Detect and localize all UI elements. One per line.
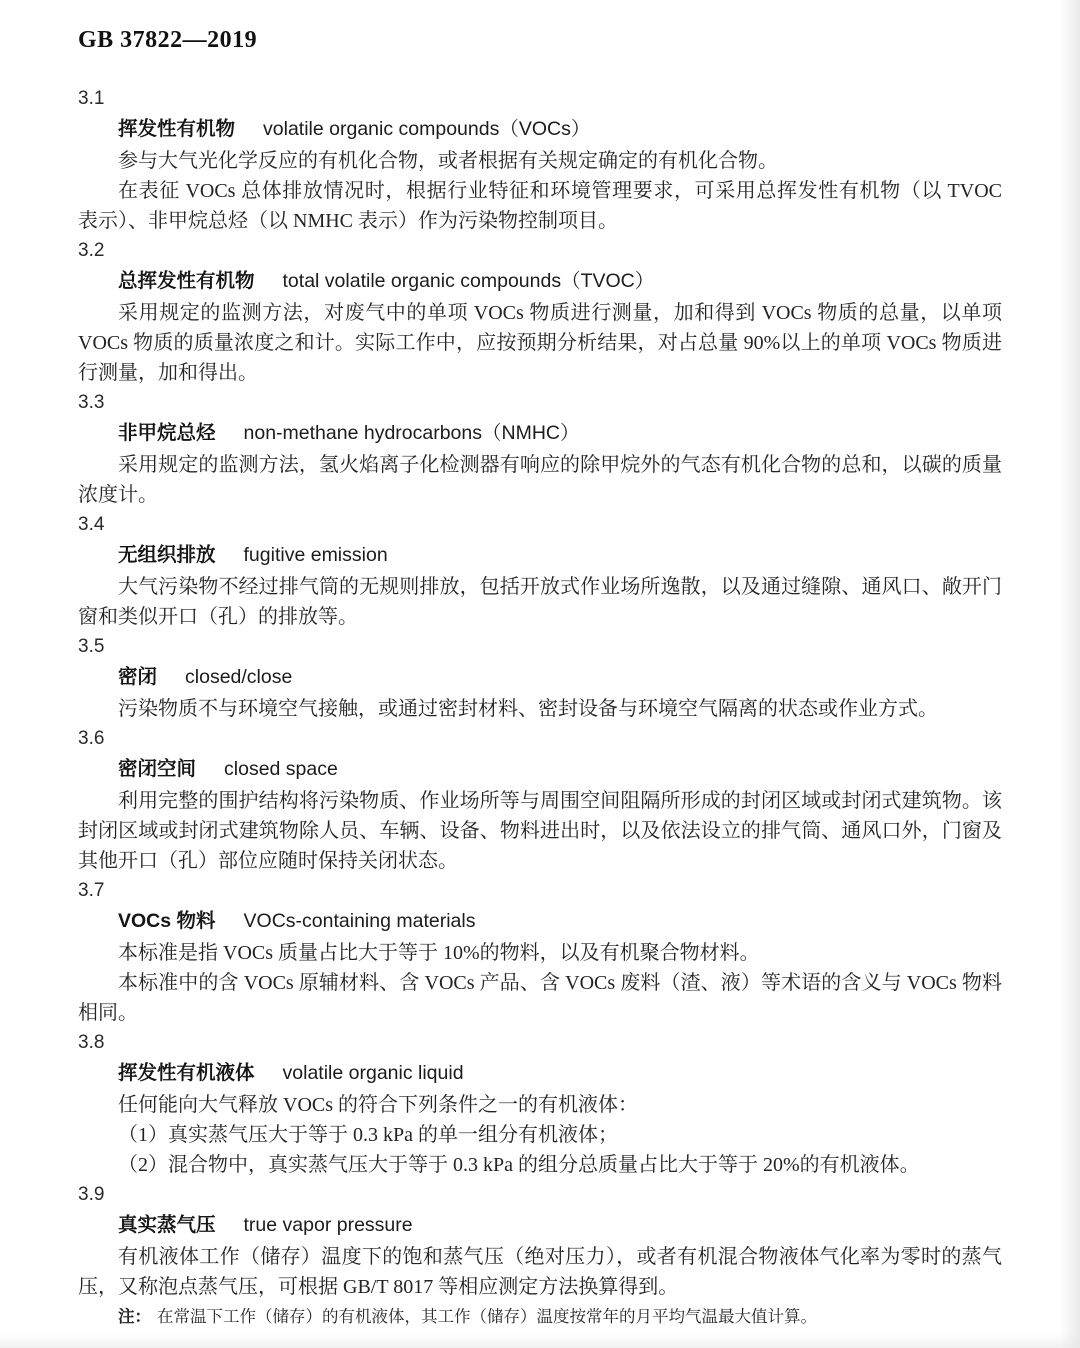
clause-section: 3.3 非甲烷总烃non-methane hydrocarbons（NMHC） … (78, 388, 1002, 510)
clause-number: 3.7 (78, 876, 1002, 906)
term-english: closed space (224, 758, 338, 780)
term-english: VOCs-containing materials (244, 910, 476, 932)
term-chinese: VOCs 物料 (118, 910, 216, 932)
definition-paragraph: 任何能向大气释放 VOCs 的符合下列条件之一的有机液体： (78, 1090, 1002, 1120)
term-chinese: 真实蒸气压 (118, 1214, 216, 1236)
note: 注：在常温下工作（储存）的有机液体，其工作（储存）温度按常年的月平均气温最大值计… (78, 1302, 1002, 1332)
note-text: 在常温下工作（储存）的有机液体，其工作（储存）温度按常年的月平均气温最大值计算。 (157, 1307, 817, 1326)
term-english: volatile organic compounds（VOCs） (263, 118, 590, 140)
term-heading: 非甲烷总烃non-methane hydrocarbons（NMHC） (78, 418, 1002, 450)
term-heading: 挥发性有机液体volatile organic liquid (78, 1058, 1002, 1090)
term-heading: VOCs 物料VOCs-containing materials (78, 906, 1002, 938)
clause-section: 3.9 真实蒸气压true vapor pressure 有机液体工作（储存）温… (78, 1180, 1002, 1332)
definition-paragraph: 参与大气光化学反应的有机化合物，或者根据有关规定确定的有机化合物。 (78, 146, 1002, 176)
definition-paragraph: 污染物质不与环境空气接触，或通过密封材料、密封设备与环境空气隔离的状态或作业方式… (78, 694, 1002, 724)
term-chinese: 挥发性有机物 (118, 118, 235, 140)
clause-number: 3.9 (78, 1180, 1002, 1210)
term-chinese: 密闭 (118, 666, 157, 688)
definition-paragraph: 大气污染物不经过排气筒的无规则排放，包括开放式作业场所逸散，以及通过缝隙、通风口… (78, 572, 1002, 632)
term-chinese: 非甲烷总烃 (118, 422, 216, 444)
clause-number: 3.4 (78, 510, 1002, 540)
term-chinese: 密闭空间 (118, 758, 196, 780)
definition-paragraph: （1）真实蒸气压大于等于 0.3 kPa 的单一组分有机液体； (78, 1120, 1002, 1150)
definition-paragraph: 在表征 VOCs 总体排放情况时，根据行业特征和环境管理要求，可采用总挥发性有机… (78, 176, 1002, 236)
clause-number: 3.3 (78, 388, 1002, 418)
standard-number-header: GB 37822—2019 (78, 26, 1002, 54)
definition-paragraph: 本标准中的含 VOCs 原辅材料、含 VOCs 产品、含 VOCs 废料（渣、液… (78, 968, 1002, 1028)
term-heading: 真实蒸气压true vapor pressure (78, 1210, 1002, 1242)
term-english: non-methane hydrocarbons（NMHC） (244, 422, 580, 444)
clause-number: 3.6 (78, 724, 1002, 754)
definition-paragraph: （2）混合物中，真实蒸气压大于等于 0.3 kPa 的组分总质量占比大于等于 2… (78, 1150, 1002, 1180)
definition-paragraph: 本标准是指 VOCs 质量占比大于等于 10%的物料，以及有机聚合物材料。 (78, 938, 1002, 968)
clause-section: 3.1 挥发性有机物volatile organic compounds（VOC… (78, 84, 1002, 236)
note-label: 注： (118, 1308, 151, 1326)
term-chinese: 无组织排放 (118, 544, 216, 566)
definition-paragraph: 有机液体工作（储存）温度下的饱和蒸气压（绝对压力），或者有机混合物液体气化率为零… (78, 1242, 1002, 1302)
definition-paragraph: 利用完整的围护结构将污染物质、作业场所等与周围空间阻隔所形成的封闭区域或封闭式建… (78, 786, 1002, 876)
definition-paragraph: 采用规定的监测方法，对废气中的单项 VOCs 物质进行测量，加和得到 VOCs … (78, 298, 1002, 388)
term-english: total volatile organic compounds（TVOC） (283, 270, 655, 292)
term-heading: 挥发性有机物volatile organic compounds（VOCs） (78, 114, 1002, 146)
term-chinese: 挥发性有机液体 (118, 1062, 255, 1084)
clause-section: 3.4 无组织排放fugitive emission 大气污染物不经过排气筒的无… (78, 510, 1002, 632)
definition-paragraph: 采用规定的监测方法，氢火焰离子化检测器有响应的除甲烷外的气态有机化合物的总和，以… (78, 450, 1002, 510)
term-english: volatile organic liquid (283, 1062, 464, 1084)
clause-number: 3.8 (78, 1028, 1002, 1058)
term-heading: 密闭空间closed space (78, 754, 1002, 786)
clause-section: 3.8 挥发性有机液体volatile organic liquid 任何能向大… (78, 1028, 1002, 1180)
clauses: 3.1 挥发性有机物volatile organic compounds（VOC… (78, 84, 1002, 1332)
document-page: GB 37822—2019 3.1 挥发性有机物volatile organic… (0, 0, 1080, 1348)
term-heading: 无组织排放fugitive emission (78, 540, 1002, 572)
term-chinese: 总挥发性有机物 (118, 270, 255, 292)
term-english: closed/close (185, 666, 292, 688)
term-heading: 总挥发性有机物total volatile organic compounds（… (78, 266, 1002, 298)
clause-number: 3.5 (78, 632, 1002, 662)
clause-section: 3.2 总挥发性有机物total volatile organic compou… (78, 236, 1002, 388)
clause-number: 3.1 (78, 84, 1002, 114)
term-english: fugitive emission (244, 544, 388, 566)
clause-section: 3.7 VOCs 物料VOCs-containing materials 本标准… (78, 876, 1002, 1028)
clause-section: 3.5 密闭closed/close 污染物质不与环境空气接触，或通过密封材料、… (78, 632, 1002, 724)
clause-section: 3.6 密闭空间closed space 利用完整的围护结构将污染物质、作业场所… (78, 724, 1002, 876)
clause-number: 3.2 (78, 236, 1002, 266)
term-heading: 密闭closed/close (78, 662, 1002, 694)
term-english: true vapor pressure (244, 1214, 413, 1236)
